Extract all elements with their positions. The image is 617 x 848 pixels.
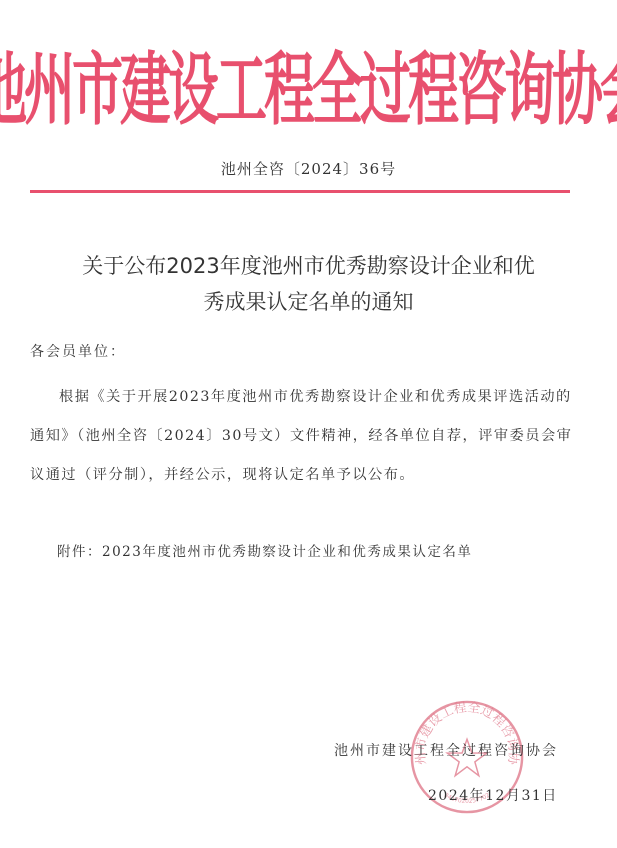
- masthead-text: 池州市建设工程全过程咨询协会: [0, 26, 617, 141]
- body-paragraph: 根据《关于开展2023年度池州市优秀勘察设计企业和优秀成果评选活动的通知》（池州…: [30, 378, 580, 495]
- document-number: 池州全咨〔2024〕36号: [0, 158, 617, 179]
- signer-name: 池州市建设工程全过程咨询协会: [334, 740, 558, 760]
- greeting: 各会员单位：: [30, 341, 126, 361]
- red-divider: [30, 190, 570, 193]
- org-masthead: 池州市建设工程全过程咨询协会: [42, 28, 582, 138]
- title-line-1: 关于公布2023年度池州市优秀勘察设计企业和优: [20, 248, 597, 284]
- title-line-2: 秀成果认定名单的通知: [20, 284, 597, 320]
- attachment-line: 附件：2023年度池州市优秀勘察设计企业和优秀成果认定名单: [57, 540, 472, 560]
- notice-title: 关于公布2023年度池州市优秀勘察设计企业和优 秀成果认定名单的通知: [20, 248, 597, 320]
- issue-date: 2024年12月31日: [428, 785, 558, 805]
